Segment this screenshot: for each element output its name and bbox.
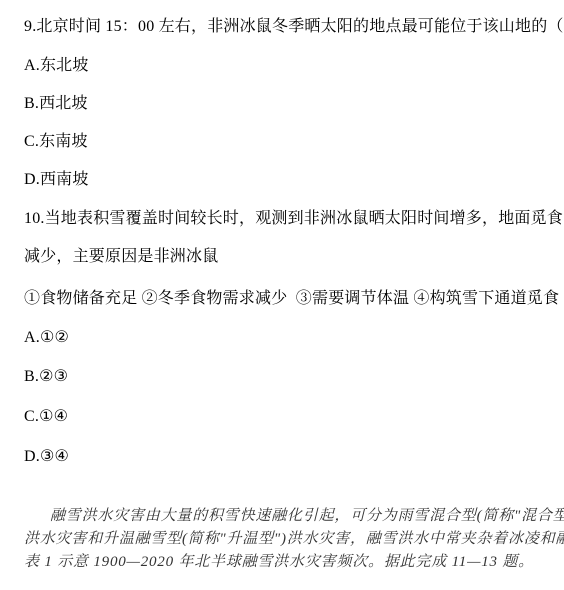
passage-line-1: 融雪洪水灾害由大量的积雪快速融化引起，可分为雨雪混合型(简称"混合型") (50, 507, 564, 525)
question-10-stem-line-1: 10.当地表积雪覆盖时间较长时，观测到非洲冰鼠晒太阳时间增多，地面觅食时间 (24, 210, 564, 228)
question-9-option-c: C.东南坡 (24, 133, 88, 151)
question-10-stem-line-2: 减少，主要原因是非洲冰鼠 (24, 248, 218, 266)
passage-line-2: 洪水灾害和升温融雪型(简称"升温型")洪水灾害，融雪洪水中常夹杂着冰凌和融冰。 (24, 530, 564, 548)
question-10-option-a: A.①② (24, 329, 69, 347)
question-10-option-c: C.①④ (24, 408, 68, 426)
question-9-option-a: A.东北坡 (24, 57, 89, 75)
question-10-option-d: D.③④ (24, 448, 69, 466)
question-9-stem: 9.北京时间 15：00 左右，非洲冰鼠冬季晒太阳的地点最可能位于该山地的（） (24, 18, 564, 36)
question-10-numbered-items: ①食物储备充足 ②冬季食物需求减少 ③需要调节体温 ④构筑雪下通道觅食 (24, 290, 559, 308)
question-9-option-b: B.西北坡 (24, 95, 88, 113)
passage-line-3: 表 1 示意 1900—2020 年北半球融雪洪水灾害频次。据此完成 11—13… (24, 553, 534, 571)
document-page: 9.北京时间 15：00 左右，非洲冰鼠冬季晒太阳的地点最可能位于该山地的（） … (0, 0, 564, 590)
question-9-option-d: D.西南坡 (24, 171, 89, 189)
question-10-option-b: B.②③ (24, 368, 68, 386)
